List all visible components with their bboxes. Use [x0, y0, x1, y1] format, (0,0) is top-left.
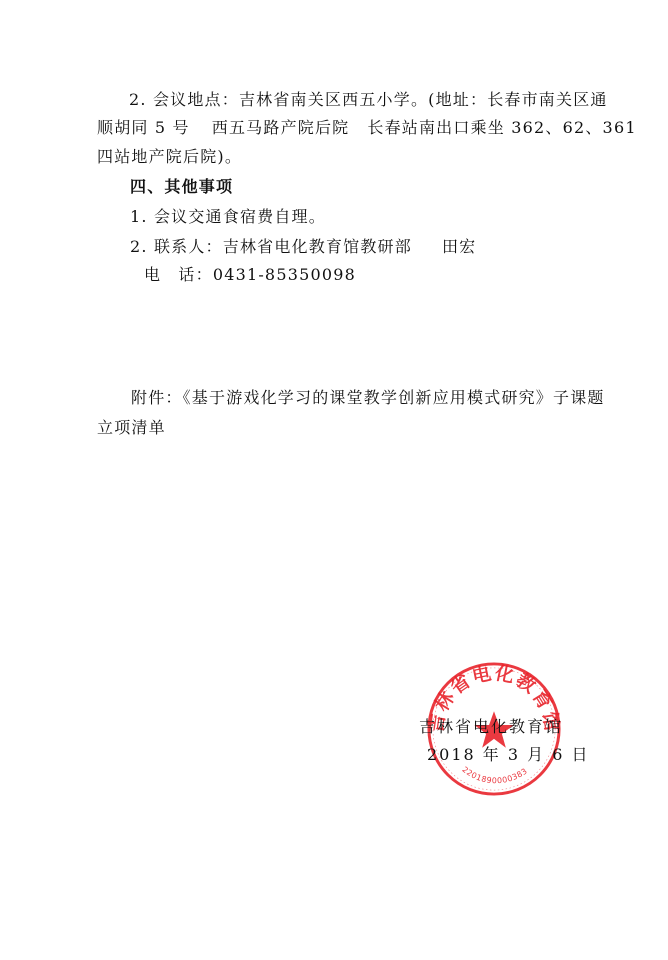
contact-department: 2. 联系人：吉林省电化教育馆教研部 [130, 237, 412, 256]
section-four-item-1: 1. 会议交通食宿费自理。 [130, 207, 326, 227]
contact-phone: 电 话：0431-85350098 [144, 265, 356, 285]
meeting-location-line-3: 四站地产院后院)。 [97, 147, 242, 167]
document-page: 2. 会议地点：吉林省南关区西五小学。(地址：长春市南关区通 顺胡同 5 号西五… [0, 0, 668, 960]
section-four-heading: 四、其他事项 [130, 177, 233, 197]
svg-text:2201890000383: 2201890000383 [460, 765, 529, 785]
signature-date: 2018 年 3 月 6 日 [427, 745, 590, 765]
address-part-1: 顺胡同 5 号 [97, 118, 190, 137]
address-part-3: 长春站南出口乘坐 362、62、361 [367, 118, 636, 137]
attachment-line-1: 附件：《基于游戏化学习的课堂教学创新应用模式研究》子课题 [131, 388, 605, 408]
section-four-item-2: 2. 联系人：吉林省电化教育馆教研部田宏 [130, 237, 476, 257]
phone-value: 0431-85350098 [213, 265, 356, 284]
meeting-location-line-1: 2. 会议地点：吉林省南关区西五小学。(地址：长春市南关区通 [129, 90, 608, 110]
signature-organization: 吉林省电化教育馆 [419, 717, 563, 737]
contact-person: 田宏 [442, 237, 476, 256]
address-part-2: 西五马路产院后院 [212, 118, 350, 137]
meeting-location-line-2: 顺胡同 5 号西五马路产院后院长春站南出口乘坐 362、62、361 [97, 118, 637, 138]
seal-number: 2201890000383 [460, 765, 529, 785]
phone-label: 电 话： [144, 265, 213, 284]
attachment-line-2: 立项清单 [97, 418, 166, 438]
